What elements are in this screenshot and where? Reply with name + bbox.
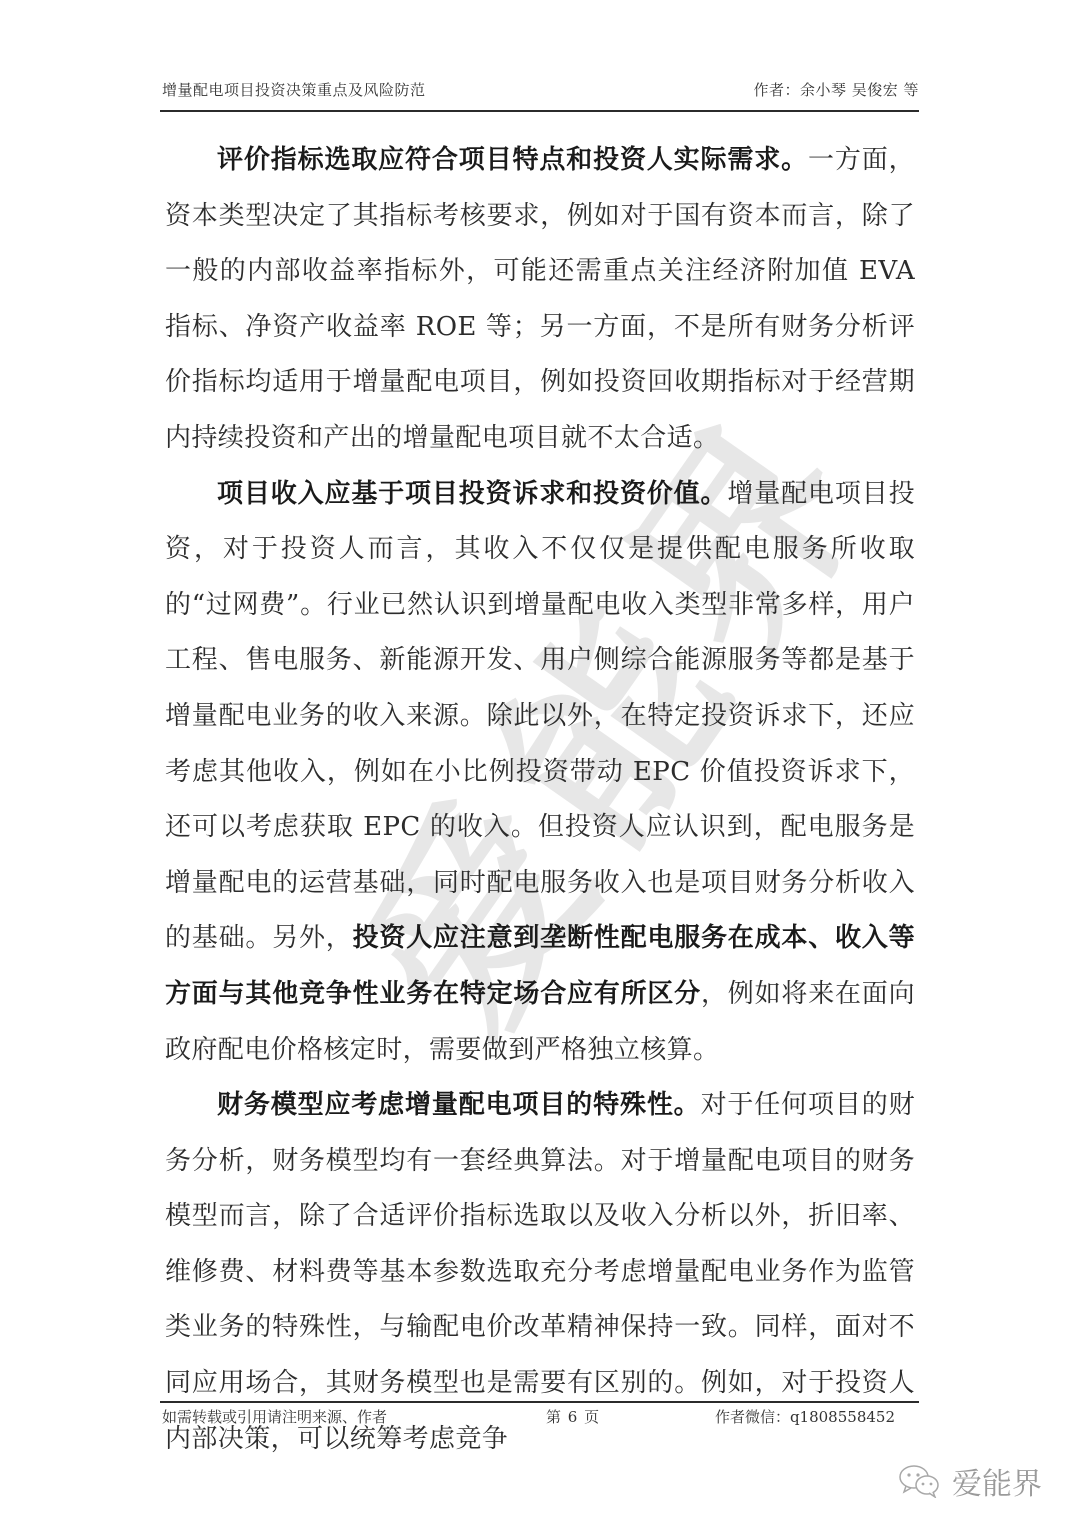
page-header: 增量配电项目投资决策重点及风险防范 作者：余小琴 吴俊宏 等	[162, 74, 919, 104]
paragraph-heading: 评价指标选取应符合项目特点和投资人实际需求。	[217, 145, 808, 175]
brand-watermark: 爱能界	[898, 1459, 1042, 1503]
brand-name: 爱能界	[952, 1459, 1042, 1503]
document-authors: 作者：余小琴 吴俊宏 等	[753, 79, 919, 100]
paragraph-heading: 财务模型应考虑增量配电项目的特殊性。	[217, 1090, 701, 1120]
paragraph-heading: 项目收入应基于项目投资诉求和投资价值。	[217, 479, 727, 509]
paragraph-text: 一方面，资本类型决定了其指标考核要求，例如对于国有资本而言，除了一般的内部收益率…	[165, 145, 915, 453]
paragraph-text: 对于任何项目的财务分析，财务模型均有一套经典算法。对于增量配电项目的财务模型而言…	[165, 1090, 915, 1454]
paragraph-financial-model: 财务模型应考虑增量配电项目的特殊性。对于任何项目的财务分析，财务模型均有一套经典…	[165, 1078, 915, 1467]
wechat-icon	[898, 1464, 942, 1498]
paragraph-project-revenue: 项目收入应基于项目投资诉求和投资价值。增量配电项目投资，对于投资人而言，其收入不…	[165, 467, 915, 1079]
paragraph-evaluation-indicators: 评价指标选取应符合项目特点和投资人实际需求。一方面，资本类型决定了其指标考核要求…	[165, 133, 915, 467]
paragraph-text: 增量配电项目投资，对于投资人而言，其收入不仅仅是提供配电服务所收取的“过网费”。…	[165, 479, 915, 954]
document-title: 增量配电项目投资决策重点及风险防范	[162, 79, 426, 100]
document-body: 评价指标选取应符合项目特点和投资人实际需求。一方面，资本类型决定了其指标考核要求…	[165, 133, 915, 1467]
header-divider	[160, 110, 919, 112]
